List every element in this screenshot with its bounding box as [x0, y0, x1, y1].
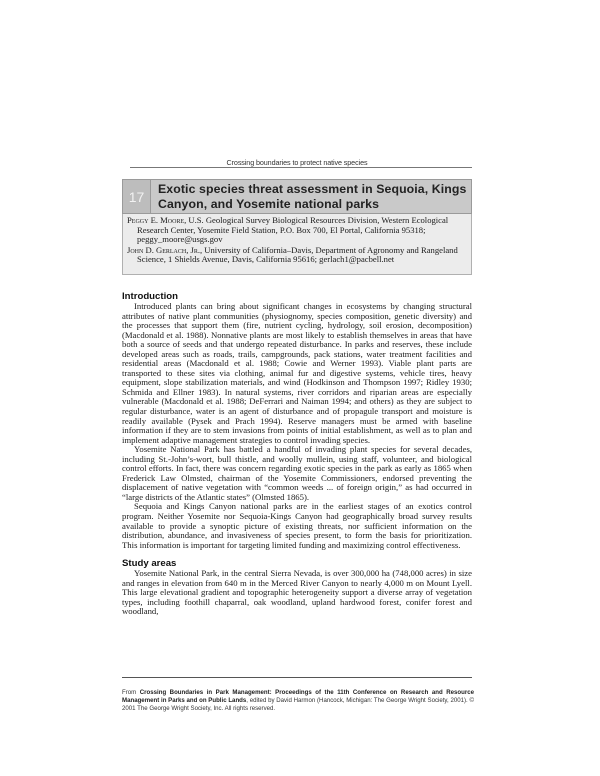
source-prefix: From	[122, 689, 140, 696]
paragraph: Yosemite National Park has battled a han…	[122, 445, 472, 502]
footer-rule	[122, 677, 472, 678]
paragraph: Sequoia and Kings Canyon national parks …	[122, 502, 472, 550]
chapter-number: 17	[123, 180, 151, 213]
running-head-rule	[130, 167, 472, 168]
chapter-title-box: 17 Exotic species threat assessment in S…	[122, 179, 472, 214]
paragraph: Introduced plants can bring about signif…	[122, 302, 472, 445]
source-note: From Crossing Boundaries in Park Managem…	[122, 689, 474, 714]
paragraph: Yosemite National Park, in the central S…	[122, 569, 472, 617]
running-head: Crossing boundaries to protect native sp…	[122, 158, 472, 167]
chapter-title: Exotic species threat assessment in Sequ…	[158, 182, 470, 211]
author-entry: Peggy E. Moore, U.S. Geological Survey B…	[127, 216, 467, 245]
author-affiliations: Peggy E. Moore, U.S. Geological Survey B…	[122, 214, 472, 275]
author-name: Peggy E. Moore	[127, 215, 184, 225]
author-entry: John D. Gerlach, Jr., University of Cali…	[127, 246, 467, 265]
article-body: Introduction Introduced plants can bring…	[122, 291, 472, 617]
author-name: John D. Gerlach, Jr.	[127, 245, 200, 255]
author-affiliation: , U.S. Geological Survey Biological Reso…	[137, 215, 448, 244]
